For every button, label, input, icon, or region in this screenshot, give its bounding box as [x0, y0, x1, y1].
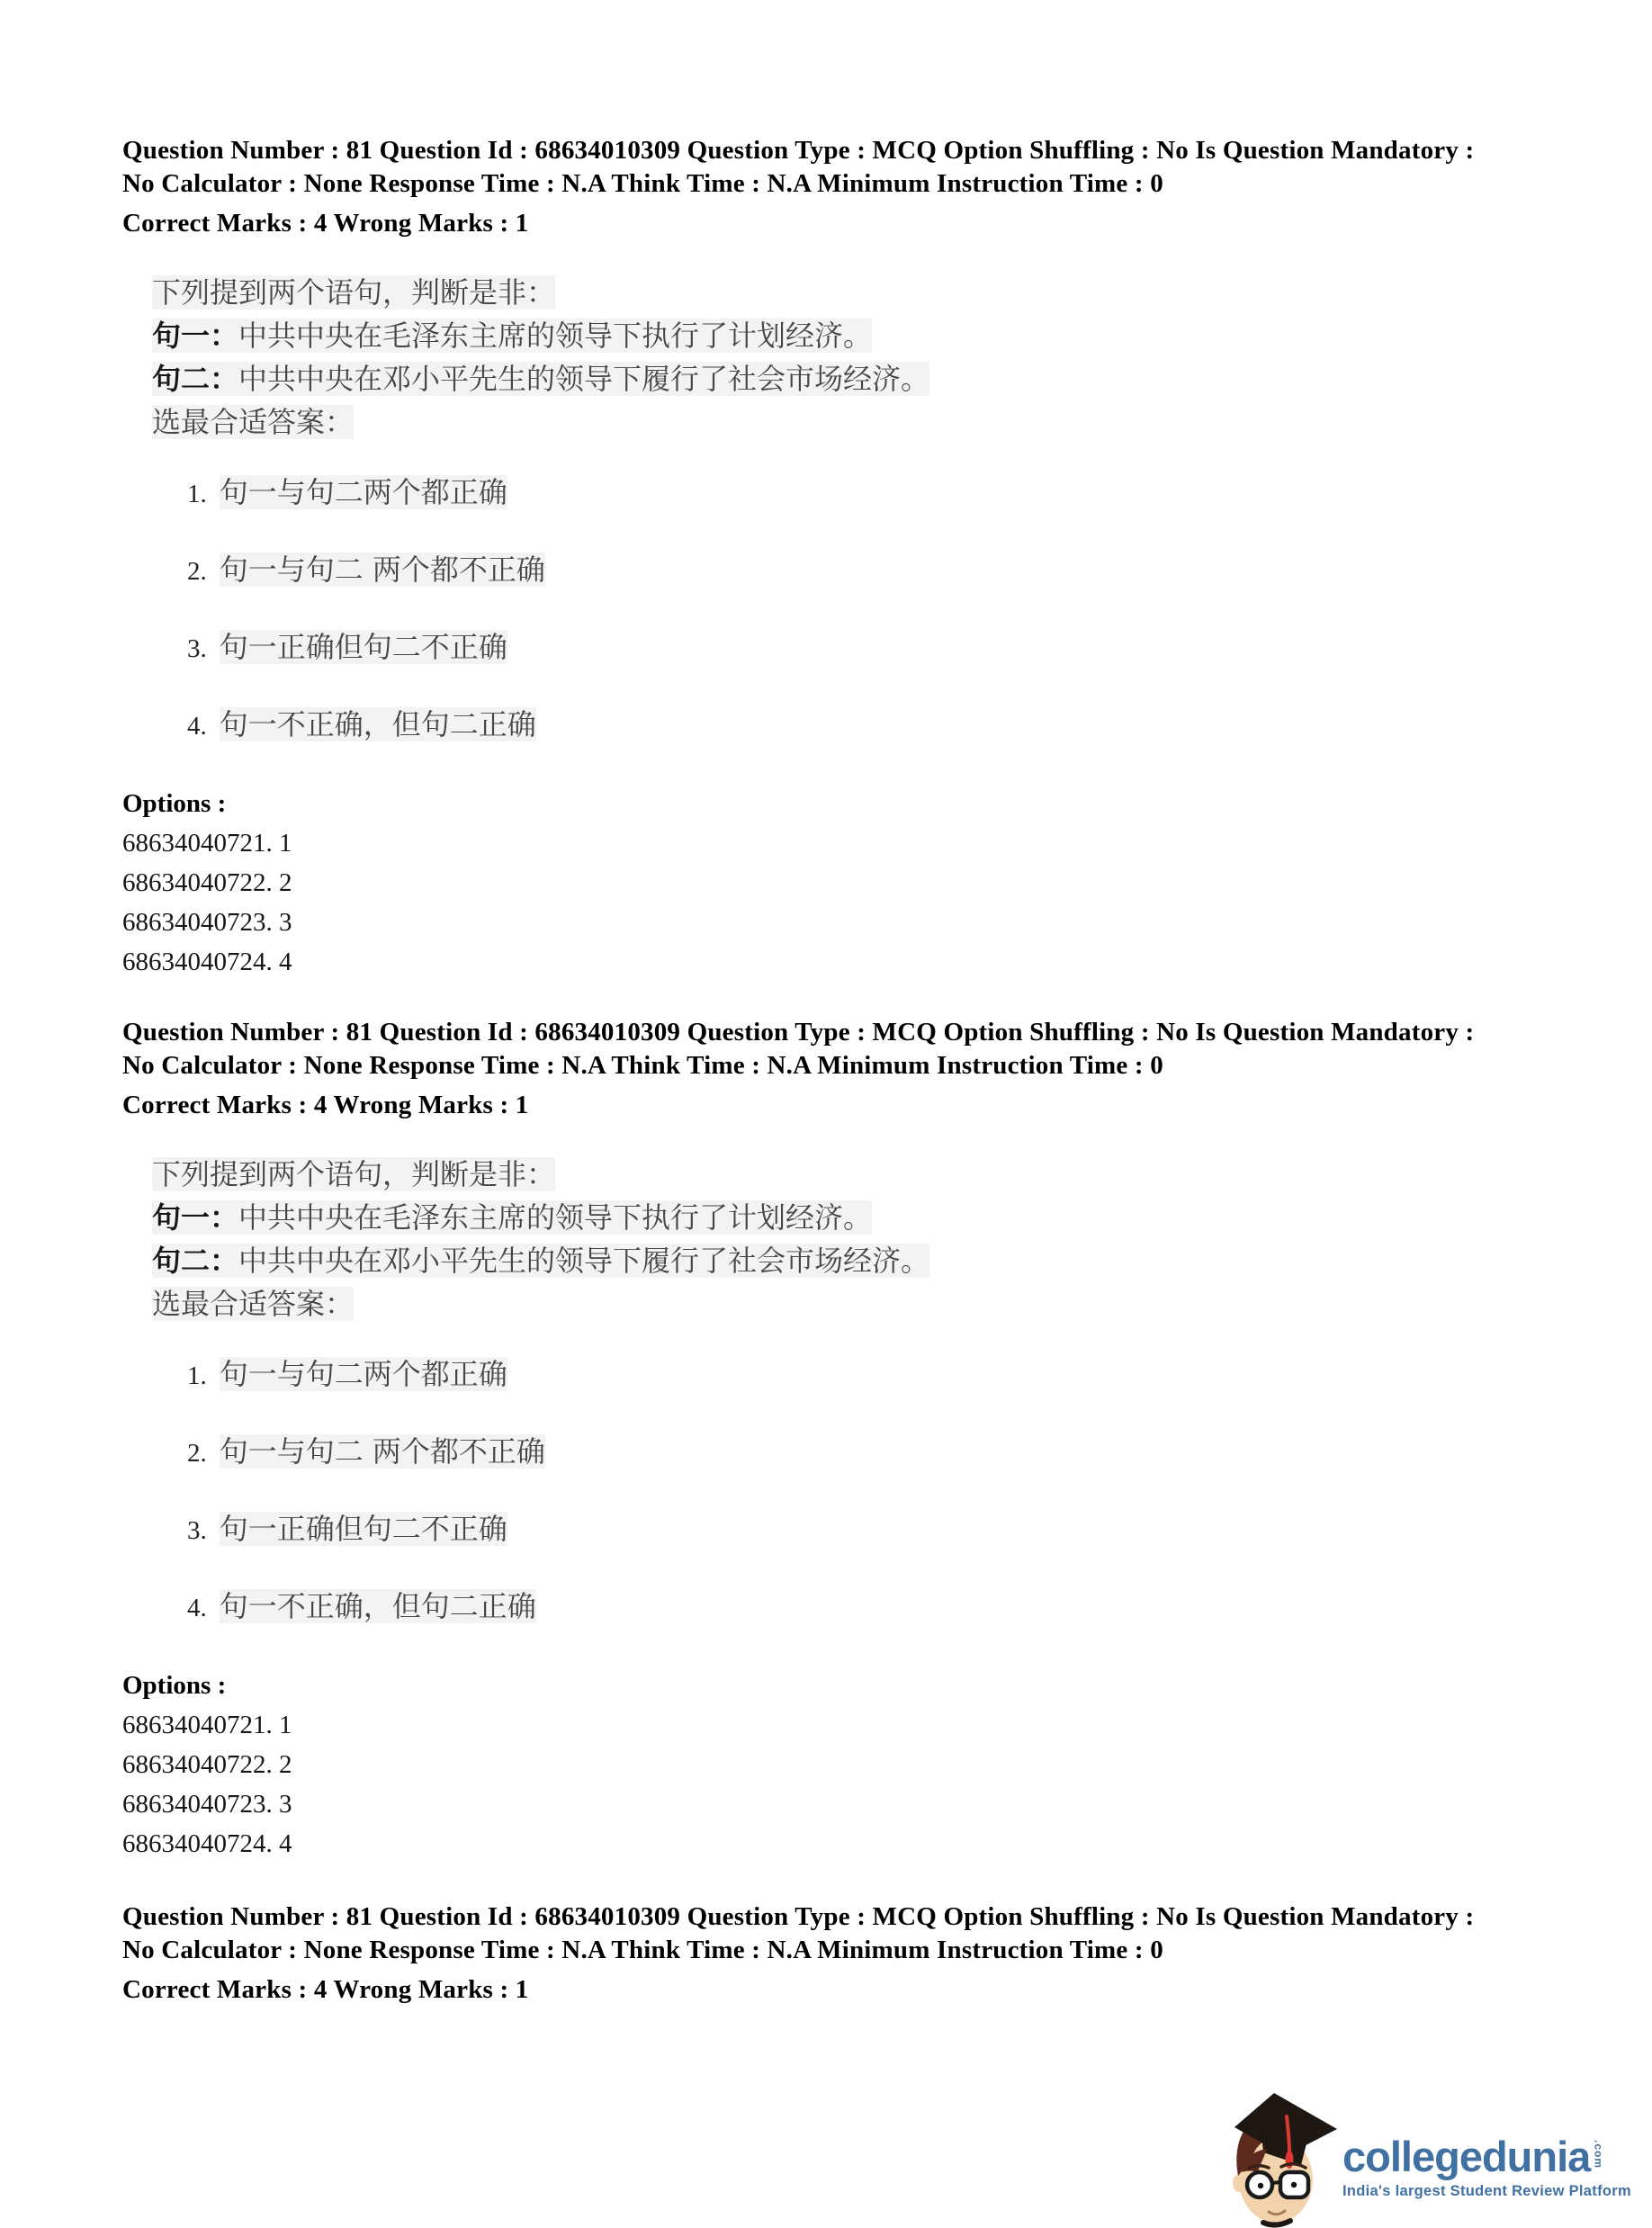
marks-line: Correct Marks : 4 Wrong Marks : 1 [122, 207, 1580, 240]
option-id-2: 68634040722. 2 [122, 863, 1580, 903]
logo-tagline: India's largest Student Review Platform [1342, 2182, 1631, 2200]
statement-1-label: 句一： [152, 1200, 238, 1235]
question-meta-line-2: No Calculator : None Response Time : N.A… [122, 1049, 1580, 1083]
choice-4-number: 4. [187, 712, 207, 741]
marks-line: Correct Marks : 4 Wrong Marks : 1 [122, 1089, 1580, 1122]
graduate-boy-mascot-icon [1224, 2093, 1339, 2228]
option-id-4: 68634040724. 4 [122, 942, 1580, 982]
choice-3: 3.句一正确但句二不正确 [187, 1507, 1580, 1552]
option-id-1: 68634040721. 1 [122, 823, 1580, 863]
choice-3-number: 3. [187, 634, 207, 663]
choice-4: 4.句一不正确，但句二正确 [187, 703, 1580, 748]
question-prompt: 选最合适答案： [152, 1287, 354, 1321]
choice-2-text: 句一与句二 两个都不正确 [220, 1434, 545, 1469]
logo-text-column: collegedunia .com India's largest Studen… [1342, 2093, 1631, 2200]
choice-1-text: 句一与句二两个都正确 [220, 1357, 507, 1391]
collegedunia-logo: collegedunia .com India's largest Studen… [1224, 2093, 1652, 2228]
question-intro: 下列提到两个语句，判断是非： [152, 1157, 555, 1191]
choice-4: 4.句一不正确，但句二正确 [187, 1585, 1580, 1630]
choice-list: 1.句一与句二两个都正确 2.句一与句二 两个都不正确 3.句一正确但句二不正确… [187, 471, 1580, 748]
choice-2-text: 句一与句二 两个都不正确 [220, 553, 545, 587]
option-id-4: 68634040724. 4 [122, 1824, 1580, 1864]
logo-dotcom-text: .com [1592, 2140, 1604, 2169]
option-id-2: 68634040722. 2 [122, 1745, 1580, 1784]
choice-4-text: 句一不正确，但句二正确 [220, 707, 536, 741]
question-intro: 下列提到两个语句，判断是非： [152, 275, 555, 310]
choice-4-number: 4. [187, 1594, 207, 1622]
logo-brand-text: collegedunia [1342, 2134, 1590, 2179]
statement-2-text: 中共中央在邓小平先生的领导下履行了社会市场经济。 [238, 1244, 929, 1278]
question-block-1: Question Number : 81 Question Id : 68634… [122, 134, 1580, 982]
statement-1-line: 句一：中共中央在毛泽东主席的领导下执行了计划经济。 [152, 314, 1580, 357]
choice-1-text: 句一与句二两个都正确 [220, 475, 507, 509]
choice-3-number: 3. [187, 1516, 207, 1545]
option-id-3: 68634040723. 3 [122, 903, 1580, 942]
choice-2-number: 2. [187, 1439, 207, 1468]
question-meta-line-1: Question Number : 81 Question Id : 68634… [122, 1900, 1580, 1934]
options-heading: Options : [122, 784, 1580, 823]
statement-1-line: 句一：中共中央在毛泽东主席的领导下执行了计划经济。 [152, 1196, 1580, 1239]
question-block-2: Question Number : 81 Question Id : 68634… [122, 1016, 1580, 1864]
question-meta-line-1: Question Number : 81 Question Id : 68634… [122, 1016, 1580, 1049]
statement-2-text: 中共中央在邓小平先生的领导下履行了社会市场经济。 [238, 362, 929, 396]
choice-4-text: 句一不正确，但句二正确 [220, 1589, 536, 1623]
choice-2: 2.句一与句二 两个都不正确 [187, 548, 1580, 593]
statement-2-label: 句二： [152, 1244, 238, 1278]
question-text: 下列提到两个语句，判断是非： 句一：中共中央在毛泽东主席的领导下执行了计划经济。… [152, 271, 1580, 444]
question-prompt: 选最合适答案： [152, 405, 354, 439]
choice-1: 1.句一与句二两个都正确 [187, 1352, 1580, 1397]
statement-2-line: 句二：中共中央在邓小平先生的领导下履行了社会市场经济。 [152, 1239, 1580, 1282]
choice-1-number: 1. [187, 480, 207, 508]
choice-1: 1.句一与句二两个都正确 [187, 471, 1580, 516]
choice-list: 1.句一与句二两个都正确 2.句一与句二 两个都不正确 3.句一正确但句二不正确… [187, 1352, 1580, 1630]
statement-2-line: 句二：中共中央在邓小平先生的领导下履行了社会市场经济。 [152, 357, 1580, 400]
statement-2-label: 句二： [152, 362, 238, 396]
choice-3: 3.句一正确但句二不正确 [187, 625, 1580, 670]
statement-1-text: 中共中央在毛泽东主席的领导下执行了计划经济。 [238, 1200, 872, 1235]
question-intro-line: 下列提到两个语句，判断是非： [152, 1153, 1580, 1196]
question-prompt-line: 选最合适答案： [152, 1282, 1580, 1325]
marks-line: Correct Marks : 4 Wrong Marks : 1 [122, 1973, 1580, 2007]
option-id-1: 68634040721. 1 [122, 1705, 1580, 1745]
question-meta-line-1: Question Number : 81 Question Id : 68634… [122, 134, 1580, 167]
choice-1-number: 1. [187, 1361, 207, 1390]
choice-3-text: 句一正确但句二不正确 [220, 1512, 507, 1546]
statement-1-text: 中共中央在毛泽东主席的领导下执行了计划经济。 [238, 319, 872, 353]
question-intro-line: 下列提到两个语句，判断是非： [152, 271, 1580, 314]
choice-2: 2.句一与句二 两个都不正确 [187, 1430, 1580, 1475]
question-meta-line-2: No Calculator : None Response Time : N.A… [122, 1934, 1580, 1967]
question-meta-line-2: No Calculator : None Response Time : N.A… [122, 167, 1580, 201]
choice-2-number: 2. [187, 557, 207, 586]
choice-3-text: 句一正确但句二不正确 [220, 630, 507, 664]
question-text: 下列提到两个语句，判断是非： 句一：中共中央在毛泽东主席的领导下执行了计划经济。… [152, 1153, 1580, 1325]
options-heading: Options : [122, 1666, 1580, 1705]
question-block-3: Question Number : 81 Question Id : 68634… [122, 1900, 1580, 2007]
question-prompt-line: 选最合适答案： [152, 400, 1580, 444]
statement-1-label: 句一： [152, 319, 238, 353]
option-id-3: 68634040723. 3 [122, 1784, 1580, 1824]
